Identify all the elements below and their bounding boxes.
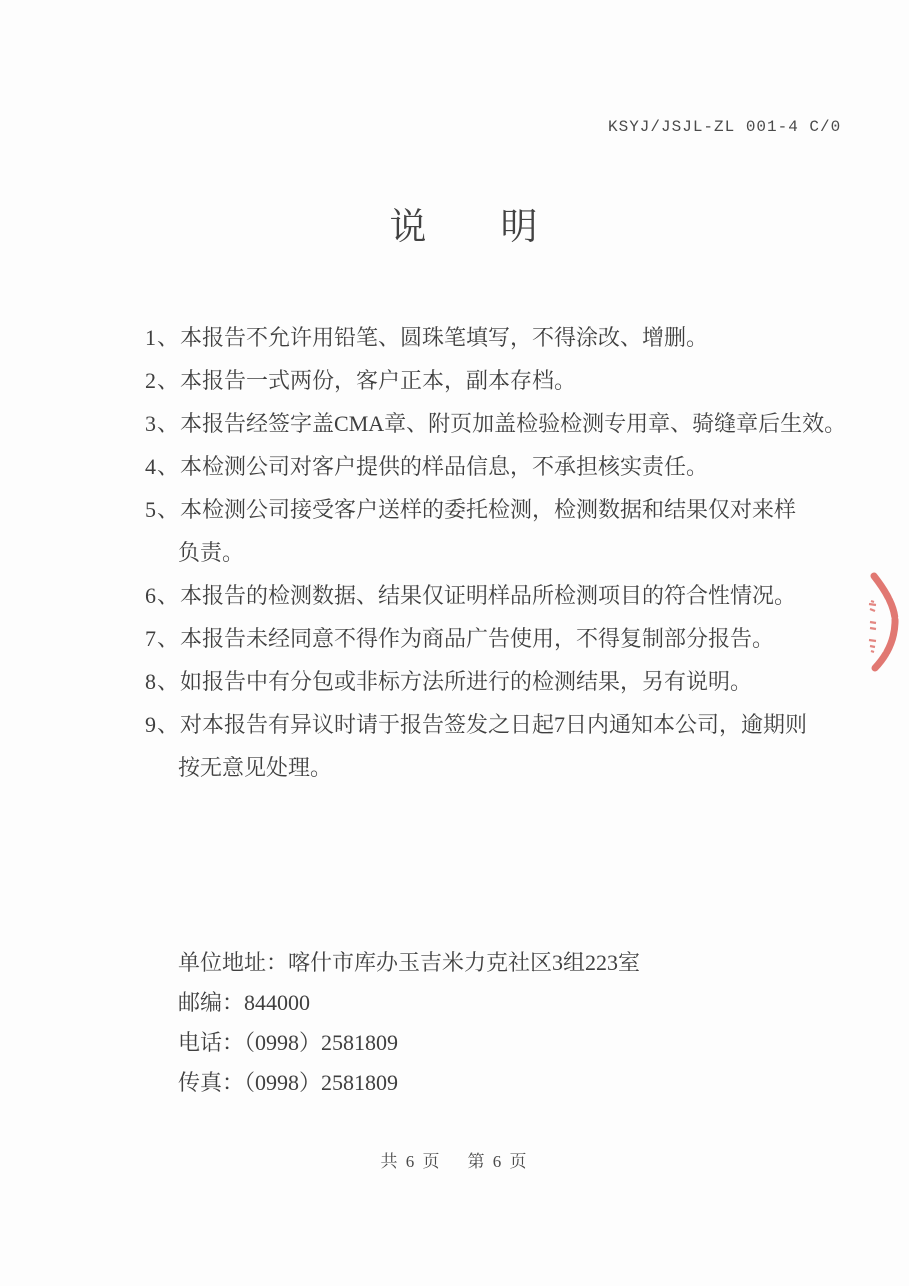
note-number: 6、 <box>145 583 180 608</box>
note-item: 4、本检测公司对客户提供的样品信息，不承担核实责任。 <box>145 445 865 488</box>
note-item: 1、本报告不允许用铅笔、圆珠笔填写，不得涂改、增删。 <box>145 316 865 359</box>
note-line: 3、本报告经签字盖CMA章、附页加盖检验检测专用章、骑缝章后生效。 <box>145 402 865 445</box>
note-number: 8、 <box>145 669 180 694</box>
contact-address: 单位地址：喀什市库办玉吉米力克社区3组223室 <box>178 943 640 983</box>
note-line: 5、本检测公司接受客户送样的委托检测，检测数据和结果仅对来样 <box>145 488 865 531</box>
note-line: 9、对本报告有异议时请于报告签发之日起7日内通知本公司，逾期则 <box>145 703 865 746</box>
current-page-label: 第 6 页 <box>468 1152 529 1171</box>
note-text: 本检测公司对客户提供的样品信息，不承担核实责任。 <box>180 454 708 479</box>
note-item: 7、本报告未经同意不得作为商品广告使用，不得复制部分报告。 <box>145 617 865 660</box>
note-number: 3、 <box>145 411 180 436</box>
note-item: 9、对本报告有异议时请于报告签发之日起7日内通知本公司，逾期则按无意见处理。 <box>145 703 865 789</box>
notes-list: 1、本报告不允许用铅笔、圆珠笔填写，不得涂改、增删。2、本报告一式两份，客户正本… <box>145 316 865 789</box>
page-footer: 共 6 页第 6 页 <box>0 1147 909 1172</box>
note-item: 5、本检测公司接受客户送样的委托检测，检测数据和结果仅对来样负责。 <box>145 488 865 574</box>
contact-block: 单位地址：喀什市库办玉吉米力克社区3组223室 邮编：844000 电话：（09… <box>178 943 640 1103</box>
note-text: 按无意见处理。 <box>178 755 332 780</box>
note-number: 9、 <box>145 712 180 737</box>
document-page: KSYJ/JSJL-ZL 001-4 C/0 说 明 1、本报告不允许用铅笔、圆… <box>0 0 909 1286</box>
note-line: 2、本报告一式两份，客户正本，副本存档。 <box>145 359 865 402</box>
note-text: 本报告不允许用铅笔、圆珠笔填写，不得涂改、增删。 <box>180 325 708 350</box>
contact-fax: 传真：（0998）2581809 <box>178 1063 640 1103</box>
note-text: 本报告一式两份，客户正本，副本存档。 <box>180 368 576 393</box>
note-line-continued: 负责。 <box>145 531 865 574</box>
note-line: 8、如报告中有分包或非标方法所进行的检测结果，另有说明。 <box>145 660 865 703</box>
note-number: 7、 <box>145 626 180 651</box>
note-number: 5、 <box>145 497 180 522</box>
note-line: 4、本检测公司对客户提供的样品信息，不承担核实责任。 <box>145 445 865 488</box>
contact-postal-code: 邮编：844000 <box>178 983 640 1023</box>
note-number: 2、 <box>145 368 180 393</box>
note-text: 本报告未经同意不得作为商品广告使用，不得复制部分报告。 <box>180 626 774 651</box>
note-text: 如报告中有分包或非标方法所进行的检测结果，另有说明。 <box>180 669 752 694</box>
note-text: 本报告的检测数据、结果仅证明样品所检测项目的符合性情况。 <box>180 583 796 608</box>
total-pages-label: 共 6 页 <box>381 1152 442 1171</box>
note-item: 2、本报告一式两份，客户正本，副本存档。 <box>145 359 865 402</box>
note-line: 7、本报告未经同意不得作为商品广告使用，不得复制部分报告。 <box>145 617 865 660</box>
note-line: 6、本报告的检测数据、结果仅证明样品所检测项目的符合性情况。 <box>145 574 865 617</box>
note-text: 对本报告有异议时请于报告签发之日起7日内通知本公司，逾期则 <box>180 712 807 737</box>
note-number: 4、 <box>145 454 180 479</box>
note-text: 负责。 <box>178 540 244 565</box>
note-item: 6、本报告的检测数据、结果仅证明样品所检测项目的符合性情况。 <box>145 574 865 617</box>
contact-phone: 电话：（0998）2581809 <box>178 1023 640 1063</box>
note-number: 1、 <box>145 325 180 350</box>
note-line-continued: 按无意见处理。 <box>145 746 865 789</box>
note-item: 3、本报告经签字盖CMA章、附页加盖检验检测专用章、骑缝章后生效。 <box>145 402 865 445</box>
document-code: KSYJ/JSJL-ZL 001-4 C/0 <box>608 118 841 136</box>
page-title: 说 明 <box>0 196 909 250</box>
note-text: 本检测公司接受客户送样的委托检测，检测数据和结果仅对来样 <box>180 497 796 522</box>
note-item: 8、如报告中有分包或非标方法所进行的检测结果，另有说明。 <box>145 660 865 703</box>
note-line: 1、本报告不允许用铅笔、圆珠笔填写，不得涂改、增删。 <box>145 316 865 359</box>
note-text: 本报告经签字盖CMA章、附页加盖检验检测专用章、骑缝章后生效。 <box>180 411 846 436</box>
